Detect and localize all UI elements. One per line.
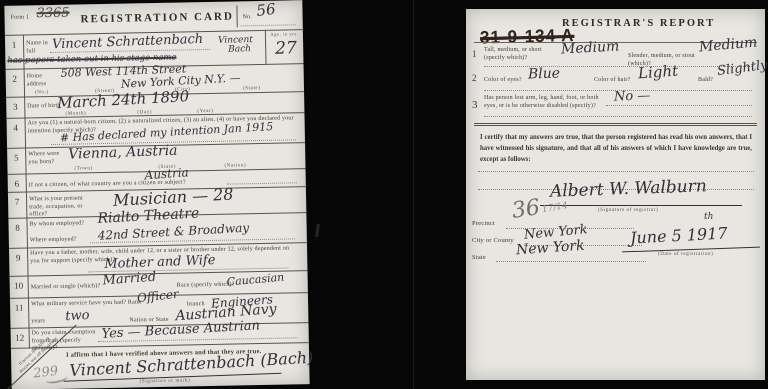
race-answer: Caucasian [226,271,285,289]
state-line [496,261,646,262]
row-number: 3 [472,99,478,113]
row-number: 2 [472,73,477,84]
form-number-label: Form 1 [11,14,30,22]
employer-label: By whom employed? [29,220,84,229]
row-number: 12 [11,328,30,347]
caption-nation: (Nation) [224,163,246,168]
caption-state: (State) [243,86,261,91]
hair-label: Color of hair? [594,77,630,85]
height-answer: Medium [561,38,620,57]
precinct-scribble: 17/14 [541,201,568,215]
caption-no: (No.) [35,90,49,95]
card-no-line [241,24,296,26]
precinct-pencil-value: 36 [510,195,541,224]
birthplace-answer: Vienna, Austria [68,143,178,163]
trade-label: What is your present trade, occupation, … [29,195,91,219]
row-number: 5 [7,149,26,174]
registrars-report-title: REGISTRAR'S REPORT [562,18,715,29]
double-rule [474,123,757,126]
row-number: 7 [8,192,27,217]
date-superscript: th [704,212,713,222]
state-label: State [472,254,486,262]
married-label: Married or single (which)? [31,283,101,292]
alt-name-last: Bach [228,44,251,54]
row-number: 3 [6,98,25,118]
citizen-of-line [227,182,297,184]
precinct-label: Precinct [472,220,495,228]
registration-card: Form 1 3365 REGISTRATION CARD No. 56 1 N… [4,0,309,389]
registrar-signature: Albert W. Walburn [550,176,707,201]
caption-month: (Month) [65,111,86,116]
eyes-label: Color of eyes? [484,77,522,85]
where-employed-label: Where employed? [30,237,77,245]
caption-town: (Town) [74,166,92,171]
years-label: years [31,318,45,326]
registration-date: June 5 1917 [630,223,728,247]
caption-year: (Year) [197,109,213,114]
disability-answer: No — [614,88,651,104]
registrars-report: REGISTRAR'S REPORT 31-9-134 A 1 Tall, me… [466,9,765,380]
rank-answer: Officer [136,287,179,305]
registrar-signature-caption: (Signature of registrar) [598,208,658,213]
row-number: 8 [8,218,28,247]
hair-answer: Light [637,62,678,83]
age-value: 27 [275,38,297,58]
caption-day: (Day) [137,110,152,115]
eyes-answer: Blue [528,65,561,82]
city-county-label: City or County [472,237,514,245]
age-label: Age, in yrs. [266,31,303,37]
certification-text: I certify that my answers are true, that… [480,132,752,166]
registration-card-footer: I affirm that I have verified above answ… [11,343,310,389]
married-answer: Married [102,270,157,289]
row-number: 2 [6,70,26,97]
card-no-label: No. [243,14,253,22]
build-answer: Medium [698,34,758,55]
row1-line [484,66,752,67]
disability-label: Has person lost arm, leg, hand, foot, or… [484,95,602,110]
state-value: New York [516,238,586,259]
row-number: 1 [472,49,477,60]
registration-card-title: REGISTRATION CARD [81,10,234,25]
film-edge-mark [315,224,320,237]
row-number: 9 [9,248,29,275]
age-box: Age, in yrs. 27 [265,30,304,64]
header-divider [236,5,237,27]
signature-caption: (Signature or mark) [140,378,191,384]
bald-answer: Slightly [716,58,768,79]
birthplace-label: Where were you born? [28,151,66,167]
scan-fold-line [413,0,414,389]
years-answer: two [65,308,90,324]
serial-number-handwritten: 3365 [36,6,69,22]
registrar-signature-line [540,205,742,206]
row3-line-a [606,105,752,106]
blank-line-1 [478,171,754,172]
row-number: 6 [8,174,27,191]
name-label: Name in full [26,40,54,56]
bald-label: Bald? [698,77,713,85]
row-number: 10 [10,276,29,297]
dob-label: Date of birth [27,103,60,111]
row3-line-b [484,116,752,117]
card-no-value: 56 [255,0,276,20]
build-height-label: Tall, medium, or short (specify which)? [484,47,546,62]
row-number: 11 [10,298,30,327]
home-address-label: Home address [27,73,57,89]
row-number: 4 [7,119,27,148]
date-caption: (Date of registration) [658,252,713,257]
